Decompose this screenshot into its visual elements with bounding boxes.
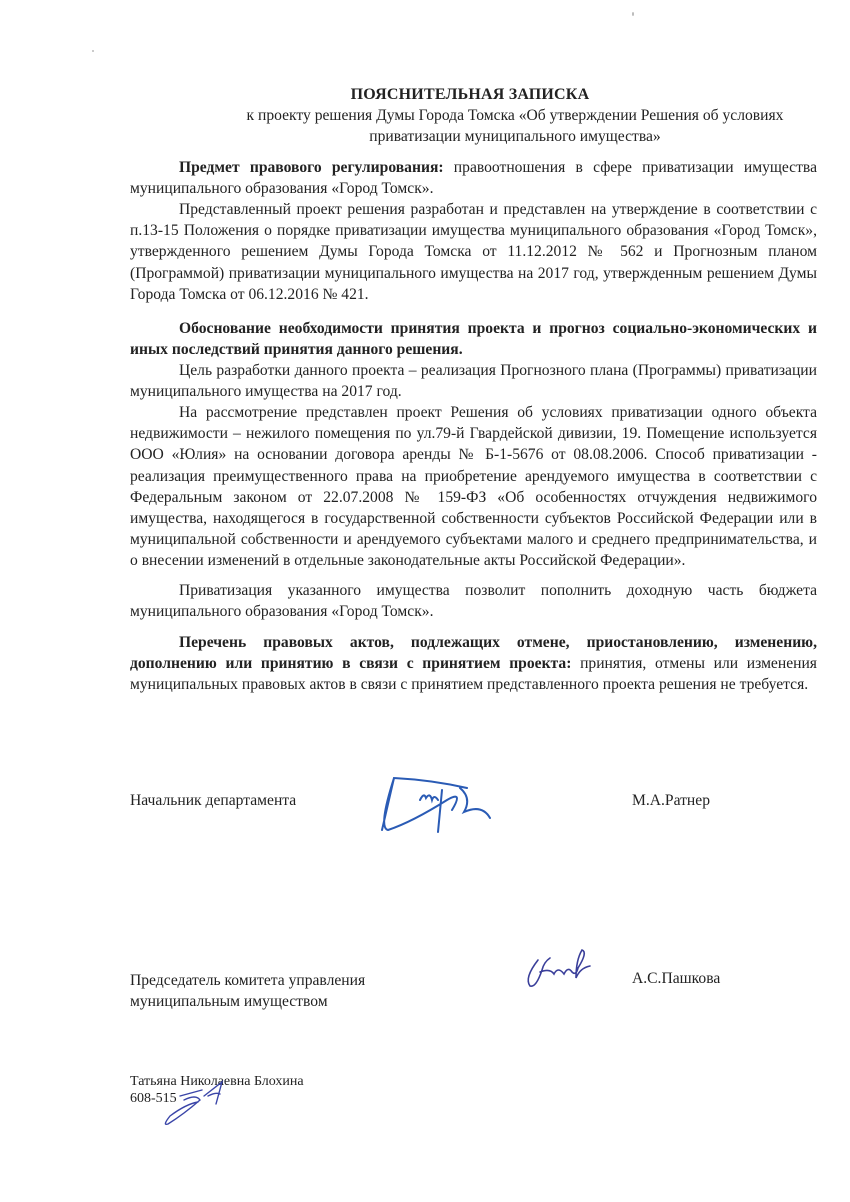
goal-paragraph: Цель разработки данного проекта – реализ… xyxy=(130,360,817,402)
subtitle-line-1: к проекту решения Думы Города Томска «Об… xyxy=(130,105,830,126)
subtitle-line-2: приватизации муниципального имущества» xyxy=(130,126,830,147)
basis-paragraph: Представленный проект решения разработан… xyxy=(130,199,817,305)
executor-initials-icon xyxy=(160,1080,240,1130)
justification-heading: Обоснование необходимости принятия проек… xyxy=(130,318,817,360)
document-subtitle: к проекту решения Думы Города Томска «Об… xyxy=(130,105,830,147)
acts-list-paragraph: Перечень правовых актов, подлежащих отме… xyxy=(130,632,817,696)
signatory-1-position: Начальник департамента xyxy=(130,792,296,810)
scan-speck xyxy=(92,50,94,52)
subject-heading: Предмет правового регулирования: xyxy=(179,159,444,176)
scan-speck xyxy=(632,12,634,16)
signatory-1-name: М.А.Ратнер xyxy=(632,792,710,810)
signature-pashkova-icon xyxy=(520,948,600,993)
signatory-2-name: А.С.Пашкова xyxy=(632,970,720,988)
signatory-2-position: Председатель комитета управления муницип… xyxy=(130,970,365,1012)
document-page: ПОЯСНИТЕЛЬНАЯ ЗАПИСКА к проекту решения … xyxy=(0,0,850,1202)
subject-paragraph: Предмет правового регулирования: правоот… xyxy=(130,157,817,199)
signature-ratner-icon xyxy=(372,770,502,840)
outcome-paragraph: Приватизация указанного имущества позвол… xyxy=(130,580,817,622)
basis-text: Представленный проект решения разработан… xyxy=(130,201,817,303)
details-paragraph: На рассмотрение представлен проект Решен… xyxy=(130,402,817,572)
document-title: ПОЯСНИТЕЛЬНАЯ ЗАПИСКА xyxy=(0,86,850,104)
